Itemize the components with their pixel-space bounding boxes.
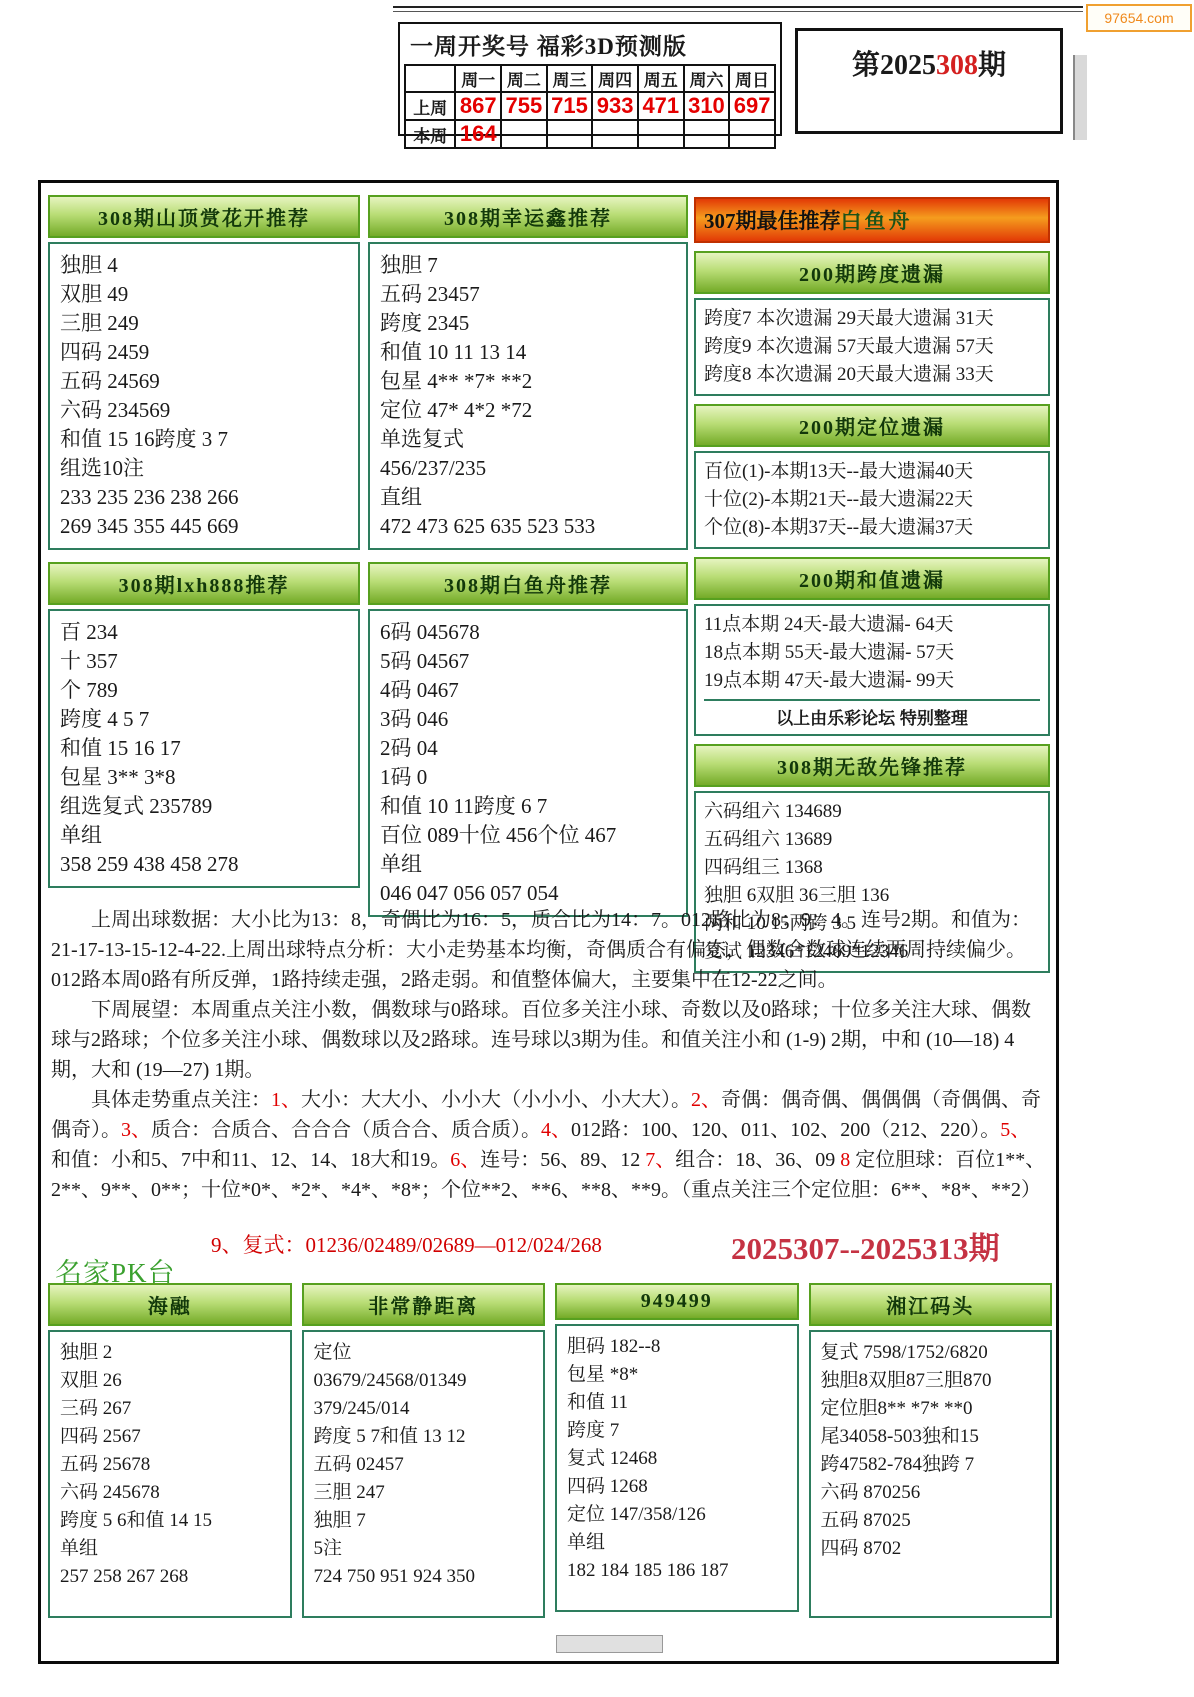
box-line: 和值 15 16跨度 3 7	[60, 425, 348, 454]
weekly-table: 周一 周二 周三 周四 周五 周六 周日 上周 867 755 715 933 …	[404, 64, 776, 149]
box-line: 5码 04567	[380, 647, 676, 676]
box-xingyunxin: 308期幸运鑫推荐 独胆 7五码 23457跨度 2345和值 10 11 13…	[368, 195, 688, 550]
box-line: 六码组六 134689	[704, 798, 1040, 826]
draw-number: 697	[729, 92, 775, 120]
box-line: 胆码 182--8	[567, 1333, 787, 1361]
box-line: 双胆 26	[60, 1367, 280, 1395]
analysis-text: 上周出球数据：大小比为13：8，奇偶比为16：5，质合比为14：7。012路比为…	[51, 905, 1047, 1205]
draw-number	[592, 120, 638, 148]
box-line: 百位 089十位 456个位 467	[380, 821, 676, 850]
box-line: 五码 24569	[60, 367, 348, 396]
box-line: 724 750 951 924 350	[314, 1563, 534, 1591]
box-line: 定位 47* 4*2 *72	[380, 396, 676, 425]
day-header: 周六	[684, 65, 730, 92]
box-line: 组选复式 235789	[60, 792, 348, 821]
banner-author: 白鱼舟	[841, 209, 913, 233]
column-middle: 308期幸运鑫推荐 独胆 7五码 23457跨度 2345和值 10 11 13…	[368, 195, 688, 917]
draw-number: 933	[592, 92, 638, 120]
box-line: 五码组六 13689	[704, 826, 1040, 854]
box-line: 跨度8 本次遗漏 20天最大遗漏 33天	[704, 361, 1040, 389]
pk-box-body: 复式 7598/1752/6820独胆8双胆87三胆870定位胆8** *7* …	[809, 1330, 1053, 1618]
draw-number: 755	[501, 92, 547, 120]
box-line: 双胆 49	[60, 280, 348, 309]
box-line: 和值 10 11 13 14	[380, 338, 676, 367]
box-line: 4码 0467	[380, 676, 676, 705]
issue-number-box: 第2025308期	[795, 28, 1063, 134]
box-line: 单组	[567, 1529, 787, 1557]
banner-text: 307期最佳推荐	[704, 209, 841, 233]
box-line: 直组	[380, 483, 676, 512]
box-line: 跨度 5 7和值 13 12	[314, 1423, 534, 1451]
box-line: 三胆 249	[60, 309, 348, 338]
draw-number: 164	[455, 120, 501, 148]
issue-highlight: 308	[936, 50, 978, 81]
draw-number: 715	[547, 92, 593, 120]
box-line: 包星 3** 3*8	[60, 763, 348, 792]
text-segment: 5、	[1000, 1119, 1030, 1141]
pk-row: 海融 独胆 2双胆 26三码 267四码 2567五码 25678六码 2456…	[48, 1283, 1052, 1618]
pk-box-feichangjingjuli: 非常静距离 定位03679/24568/01349379/245/014跨度 5…	[302, 1283, 546, 1618]
box-shanding: 308期山顶赏花开推荐 独胆 4双胆 49三胆 249四码 2459五码 245…	[48, 195, 360, 550]
analysis-p3: 具体走势重点关注：1、大小：大大小、小小大（小小小、小大大）。2、奇偶：偶奇偶、…	[51, 1085, 1047, 1205]
table-row: 上周 867 755 715 933 471 310 697	[405, 92, 775, 120]
text-segment: 2、	[691, 1089, 721, 1111]
analysis-p2: 下周展望：本周重点关注小数，偶数球与0路球。百位多关注小球、奇数以及0路球；十位…	[51, 995, 1047, 1085]
main-panel: 308期山顶赏花开推荐 独胆 4双胆 49三胆 249四码 2459五码 245…	[38, 180, 1059, 1664]
box-line: 四码 2459	[60, 338, 348, 367]
box-line: 182 184 185 186 187	[567, 1557, 787, 1585]
analysis-p4-red: 9、复式：01236/02489/02689—012/024/268	[211, 1229, 602, 1259]
box-lines: 11点本期 24天-最大遗漏- 64天18点本期 55天-最大遗漏- 57天19…	[704, 611, 1040, 695]
box-line: 三码 267	[60, 1395, 280, 1423]
draw-number	[547, 120, 593, 148]
box-line: 五码 25678	[60, 1451, 280, 1479]
box-line: 跨度 4 5 7	[60, 705, 348, 734]
box-line: 18点本期 55天-最大遗漏- 57天	[704, 639, 1040, 667]
box-line: 独胆 4	[60, 251, 348, 280]
box-line: 六码 234569	[60, 396, 348, 425]
box-line: 包星 *8*	[567, 1361, 787, 1389]
box-title: 200期和值遗漏	[694, 557, 1050, 600]
period-range: 2025307--2025313期	[731, 1223, 1000, 1268]
box-line: 2码 04	[380, 734, 676, 763]
box-kuadu-miss: 200期跨度遗漏 跨度7 本次遗漏 29天最大遗漏 31天跨度9 本次遗漏 57…	[694, 251, 1050, 396]
box-line: 个位(8)-本期37天--最大遗漏37天	[704, 514, 1040, 542]
box-baiyuzhou: 308期白鱼舟推荐 6码 0456785码 045674码 04673码 046…	[368, 562, 688, 917]
draw-number: 310	[684, 92, 730, 120]
box-line: 和值 15 16 17	[60, 734, 348, 763]
pk-box-body: 定位03679/24568/01349379/245/014跨度 5 7和值 1…	[302, 1330, 546, 1618]
box-line: 复式 12468	[567, 1445, 787, 1473]
box-line: 独胆8双胆87三胆870	[821, 1367, 1041, 1395]
box-line: 三胆 247	[314, 1479, 534, 1507]
box-line: 358 259 438 458 278	[60, 850, 348, 879]
box-line: 233 235 236 238 266	[60, 483, 348, 512]
day-header: 周日	[729, 65, 775, 92]
text-segment: 7、	[645, 1149, 675, 1171]
site-badge[interactable]: 97654.com	[1086, 4, 1192, 32]
text-segment: 012路：100、120、011、102、200（212、220）。	[571, 1119, 1000, 1141]
box-line: 5注	[314, 1535, 534, 1563]
table-row: 本周 164	[405, 120, 775, 148]
box-title: 200期跨度遗漏	[694, 251, 1050, 294]
box-line: 百 234	[60, 618, 348, 647]
table-row: 周一 周二 周三 周四 周五 周六 周日	[405, 65, 775, 92]
box-line: 379/245/014	[314, 1395, 534, 1423]
box-line: 尾34058-503独和15	[821, 1423, 1041, 1451]
best-recommend-banner: 307期最佳推荐白鱼舟	[694, 197, 1050, 243]
box-line: 单组	[60, 821, 348, 850]
box-line: 独胆 7	[314, 1507, 534, 1535]
box-line: 跨47582-784独跨 7	[821, 1451, 1041, 1479]
box-line: 和值 11	[567, 1389, 787, 1417]
box-line: 四码 2567	[60, 1423, 280, 1451]
box-title: 308期无敌先锋推荐	[694, 744, 1050, 787]
corner-cell	[405, 65, 455, 92]
text-segment: 连号：56、89、12	[480, 1149, 645, 1171]
box-title: 308期白鱼舟推荐	[368, 562, 688, 605]
draw-number: 471	[638, 92, 684, 120]
box-line: 456/237/235	[380, 454, 676, 483]
box-body: 跨度7 本次遗漏 29天最大遗漏 31天跨度9 本次遗漏 57天最大遗漏 57天…	[694, 298, 1050, 396]
box-line: 跨度7 本次遗漏 29天最大遗漏 31天	[704, 305, 1040, 333]
box-line: 257 258 267 268	[60, 1563, 280, 1591]
box-line: 单组	[60, 1535, 280, 1563]
box-title: 308期山顶赏花开推荐	[48, 195, 360, 238]
day-header: 周四	[592, 65, 638, 92]
pk-box-title: 949499	[555, 1283, 799, 1320]
box-line: 1码 0	[380, 763, 676, 792]
box-line: 百位(1)-本期13天--最大遗漏40天	[704, 458, 1040, 486]
pk-box-title: 非常静距离	[302, 1283, 546, 1326]
pk-box-title: 海融	[48, 1283, 292, 1326]
box-line: 跨度 2345	[380, 309, 676, 338]
box-line: 跨度9 本次遗漏 57天最大遗漏 57天	[704, 333, 1040, 361]
box-body: 6码 0456785码 045674码 04673码 0462码 041码 0和…	[368, 609, 688, 917]
text-segment: 和值：小和5、7中和11、12、14、18大和19。	[51, 1149, 450, 1171]
draw-number	[501, 120, 547, 148]
box-line: 六码 870256	[821, 1479, 1041, 1507]
pk-box-hairong: 海融 独胆 2双胆 26三码 267四码 2567五码 25678六码 2456…	[48, 1283, 292, 1618]
text-segment: 3、	[121, 1119, 151, 1141]
pk-box-body: 胆码 182--8包星 *8*和值 11跨度 7复式 12468四码 1268定…	[555, 1324, 799, 1612]
box-line: 四码组三 1368	[704, 854, 1040, 882]
text-segment: 组合：18、36、09	[675, 1149, 840, 1171]
box-line: 3码 046	[380, 705, 676, 734]
box-line: 十 357	[60, 647, 348, 676]
draw-number	[638, 120, 684, 148]
weekly-results-panel: 一周开奖号 福彩3D预测版 周一 周二 周三 周四 周五 周六 周日 上周 86…	[398, 22, 782, 136]
box-line: 269 345 355 445 669	[60, 512, 348, 541]
pk-box-title: 湘江码头	[809, 1283, 1053, 1326]
box-line: 五码 02457	[314, 1451, 534, 1479]
pk-box-body: 独胆 2双胆 26三码 267四码 2567五码 25678六码 245678跨…	[48, 1330, 292, 1618]
box-line: 五码 87025	[821, 1507, 1041, 1535]
box-line: 6码 045678	[380, 618, 676, 647]
issue-prefix: 第2025	[852, 50, 936, 81]
box-line: 单组	[380, 850, 676, 879]
box-line: 03679/24568/01349	[314, 1367, 534, 1395]
box-line: 包星 4** *7* **2	[380, 367, 676, 396]
box-line: 046 047 056 057 054	[380, 879, 676, 908]
text-segment: 6、	[450, 1149, 480, 1171]
box-title: 308期lxh888推荐	[48, 562, 360, 605]
source-note: 以上由乐彩论坛 特别整理	[704, 699, 1040, 729]
row-label: 上周	[405, 92, 455, 120]
issue-suffix: 期	[978, 50, 1006, 81]
box-line: 个 789	[60, 676, 348, 705]
box-line: 独胆 7	[380, 251, 676, 280]
box-title: 200期定位遗漏	[694, 404, 1050, 447]
box-line: 组选10注	[60, 454, 348, 483]
box-line: 跨度 7	[567, 1417, 787, 1445]
box-body: 11点本期 24天-最大遗漏- 64天18点本期 55天-最大遗漏- 57天19…	[694, 604, 1050, 736]
box-line: 独胆 2	[60, 1339, 280, 1367]
text-segment: 质合：合质合、合合合（质合合、质合质）。	[151, 1119, 541, 1141]
box-line: 11点本期 24天-最大遗漏- 64天	[704, 611, 1040, 639]
box-line: 定位	[314, 1339, 534, 1367]
top-divider	[393, 6, 1083, 12]
text-segment: 大小：大大小、小小大（小小小、小大大）。	[301, 1089, 691, 1111]
box-line: 19点本期 47天-最大遗漏- 99天	[704, 667, 1040, 695]
analysis-p1: 上周出球数据：大小比为13：8，奇偶比为16：5，质合比为14：7。012路比为…	[51, 905, 1047, 995]
text-segment: 8	[840, 1149, 855, 1171]
box-line: 五码 23457	[380, 280, 676, 309]
row-label: 本周	[405, 120, 455, 148]
day-header: 周二	[501, 65, 547, 92]
draw-number: 867	[455, 92, 501, 120]
scrollbar-thumb[interactable]	[556, 1635, 663, 1653]
box-body: 百 234十 357个 789跨度 4 5 7和值 15 16 17包星 3**…	[48, 609, 360, 888]
box-hezhi-miss: 200期和值遗漏 11点本期 24天-最大遗漏- 64天18点本期 55天-最大…	[694, 557, 1050, 736]
box-body: 独胆 4双胆 49三胆 249四码 2459五码 24569六码 234569和…	[48, 242, 360, 550]
text-segment: 1、	[271, 1089, 301, 1111]
column-right: 307期最佳推荐白鱼舟 200期跨度遗漏 跨度7 本次遗漏 29天最大遗漏 31…	[694, 197, 1050, 973]
column-left: 308期山顶赏花开推荐 独胆 4双胆 49三胆 249四码 2459五码 245…	[48, 195, 360, 888]
box-line: 定位胆8** *7* **0	[821, 1395, 1041, 1423]
scrollbar-fragment[interactable]	[1073, 55, 1087, 140]
pk-box-xiangjiangmatou: 湘江码头 复式 7598/1752/6820独胆8双胆87三胆870定位胆8**…	[809, 1283, 1053, 1618]
box-line: 定位 147/358/126	[567, 1501, 787, 1529]
box-body: 独胆 7五码 23457跨度 2345和值 10 11 13 14包星 4** …	[368, 242, 688, 550]
box-body: 百位(1)-本期13天--最大遗漏40天十位(2)-本期21天--最大遗漏22天…	[694, 451, 1050, 549]
day-header: 周一	[455, 65, 501, 92]
text-segment: 具体走势重点关注：	[91, 1089, 271, 1111]
box-lxh888: 308期lxh888推荐 百 234十 357个 789跨度 4 5 7和值 1…	[48, 562, 360, 888]
box-line: 十位(2)-本期21天--最大遗漏22天	[704, 486, 1040, 514]
draw-number	[729, 120, 775, 148]
day-header: 周五	[638, 65, 684, 92]
pk-box-949499: 949499 胆码 182--8包星 *8*和值 11跨度 7复式 12468四…	[555, 1283, 799, 1618]
box-dingwei-miss: 200期定位遗漏 百位(1)-本期13天--最大遗漏40天十位(2)-本期21天…	[694, 404, 1050, 549]
draw-number	[684, 120, 730, 148]
box-title: 308期幸运鑫推荐	[368, 195, 688, 238]
weekly-title: 一周开奖号 福彩3D预测版	[404, 26, 776, 64]
box-line: 单选复式	[380, 425, 676, 454]
box-line: 跨度 5 6和值 14 15	[60, 1507, 280, 1535]
box-line: 四码 8702	[821, 1535, 1041, 1563]
box-line: 472 473 625 635 523 533	[380, 512, 676, 541]
day-header: 周三	[547, 65, 593, 92]
text-segment: 4、	[541, 1119, 571, 1141]
box-line: 六码 245678	[60, 1479, 280, 1507]
box-line: 复式 7598/1752/6820	[821, 1339, 1041, 1367]
box-line: 四码 1268	[567, 1473, 787, 1501]
box-line: 和值 10 11跨度 6 7	[380, 792, 676, 821]
